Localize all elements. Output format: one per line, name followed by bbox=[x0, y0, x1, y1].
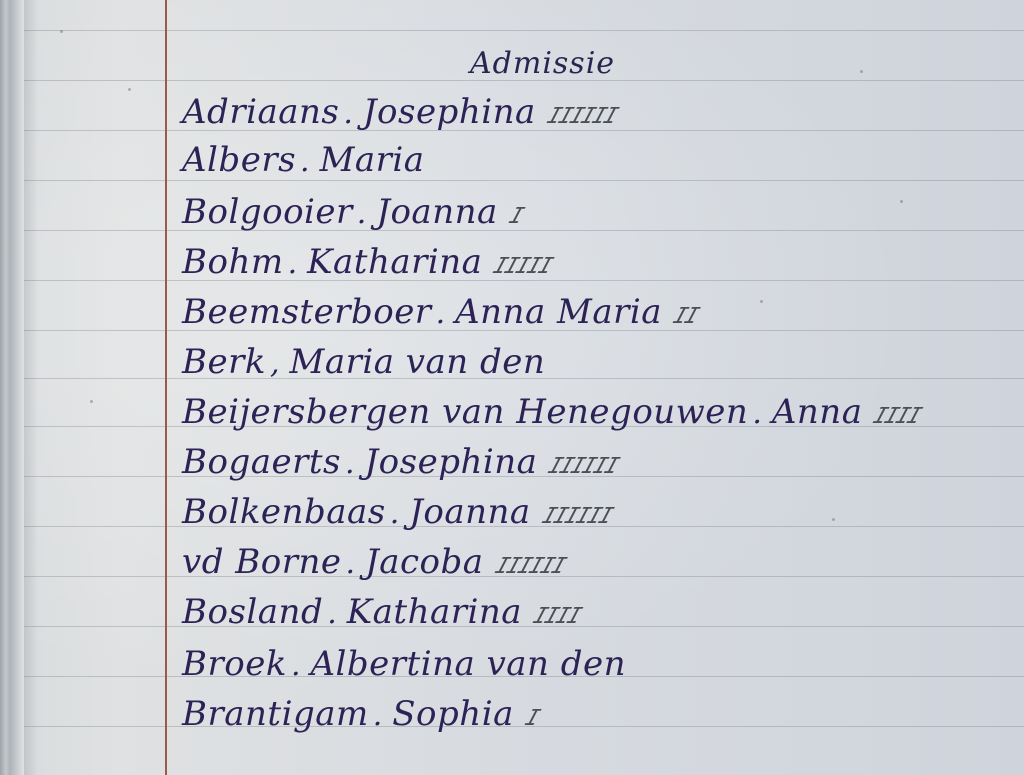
ledger-entry: Beemsterboer. Anna Maria II bbox=[182, 292, 697, 340]
entry-separator: . bbox=[752, 396, 762, 431]
entry-given-name: Katharina bbox=[347, 592, 522, 632]
entry-surname: Berk bbox=[182, 342, 266, 382]
entry-given-name: Josephina bbox=[365, 442, 538, 482]
entry-surname: Adriaans bbox=[182, 92, 339, 132]
entry-separator: . bbox=[291, 648, 301, 683]
entry-tally: IIII bbox=[530, 604, 583, 629]
entry-surname: Bolkenbaas bbox=[182, 492, 386, 532]
entry-separator: . bbox=[345, 446, 355, 481]
ledger-entry: Beijersbergen van Henegouwen. Anna IIII bbox=[182, 392, 919, 440]
entry-surname: Bosland bbox=[182, 592, 323, 632]
paper-speck bbox=[860, 70, 863, 73]
entry-separator: . bbox=[373, 698, 383, 733]
entry-separator: . bbox=[436, 296, 446, 331]
paper-speck bbox=[90, 400, 93, 403]
entry-tally: II bbox=[670, 304, 701, 329]
entry-surname: Bogaerts bbox=[182, 442, 341, 482]
ledger-entry: Bolkenbaas. Joanna IIIIII bbox=[182, 492, 610, 540]
entry-tally: IIIIII bbox=[545, 454, 621, 479]
entry-tally: IIIIII bbox=[539, 504, 615, 529]
entry-surname: Beijersbergen van Henegouwen bbox=[182, 392, 748, 432]
entry-surname: vd Borne bbox=[182, 542, 342, 582]
margin-line bbox=[165, 0, 167, 775]
entry-tally: I bbox=[506, 204, 525, 229]
entry-tally: IIII bbox=[870, 404, 923, 429]
entry-separator: , bbox=[270, 346, 280, 381]
entry-given-name: Katharina bbox=[307, 242, 482, 282]
ledger-entry: Bosland. Katharina IIII bbox=[182, 592, 579, 640]
entry-surname: Beemsterboer bbox=[182, 292, 432, 332]
entry-separator: . bbox=[343, 96, 353, 131]
entry-separator: . bbox=[357, 196, 367, 231]
book-binding bbox=[0, 0, 24, 775]
ruled-line bbox=[24, 180, 1024, 181]
entry-given-name: Joanna bbox=[376, 192, 497, 232]
entry-given-name: Anna bbox=[772, 392, 863, 432]
ledger-entry: Adriaans. Josephina IIIIII bbox=[182, 92, 615, 140]
entry-tally: IIIIII bbox=[544, 104, 620, 129]
entry-separator: . bbox=[327, 596, 337, 631]
entry-given-name: Anna Maria bbox=[455, 292, 662, 332]
paper-speck bbox=[900, 200, 903, 203]
ledger-entry: Bolgooier. Joanna I bbox=[182, 192, 521, 240]
page-heading: Admissie bbox=[470, 46, 615, 81]
entry-tally: I bbox=[522, 706, 541, 731]
entry-separator: . bbox=[288, 246, 298, 281]
paper-speck bbox=[760, 300, 763, 303]
ledger-page: Admissie Adriaans. Josephina IIIIII Albe… bbox=[0, 0, 1024, 775]
entry-given-name: Maria van den bbox=[290, 342, 546, 382]
paper-speck bbox=[832, 518, 835, 521]
entry-surname: Brantigam bbox=[182, 694, 369, 734]
ledger-entry: vd Borne. Jacoba IIIIII bbox=[182, 542, 563, 590]
binding-shadow bbox=[24, 0, 38, 775]
paper-speck bbox=[60, 30, 63, 33]
entry-given-name: Albertina van den bbox=[310, 644, 626, 684]
entry-separator: . bbox=[300, 144, 310, 179]
ledger-entry: Brantigam. Sophia I bbox=[182, 694, 537, 742]
ledger-entry: Broek. Albertina van den bbox=[182, 644, 638, 692]
entry-surname: Broek bbox=[182, 644, 287, 684]
entry-separator: . bbox=[346, 546, 356, 581]
ledger-entry: Berk, Maria van den bbox=[182, 342, 557, 390]
entry-tally: IIIIII bbox=[491, 554, 567, 579]
ruled-line bbox=[24, 230, 1024, 231]
entry-given-name: Josephina bbox=[363, 92, 536, 132]
entry-given-name: Sophia bbox=[392, 694, 514, 734]
entry-given-name: Joanna bbox=[409, 492, 530, 532]
ruled-line bbox=[24, 30, 1024, 31]
entry-given-name: Maria bbox=[320, 140, 425, 180]
entry-surname: Albers bbox=[182, 140, 296, 180]
entry-given-name: Jacoba bbox=[365, 542, 483, 582]
entry-surname: Bohm bbox=[182, 242, 284, 282]
paper-speck bbox=[128, 88, 131, 91]
ledger-entry: Albers. Maria bbox=[182, 140, 437, 188]
entry-surname: Bolgooier bbox=[182, 192, 353, 232]
entry-tally: IIIII bbox=[490, 254, 554, 279]
ledger-entry: Bogaerts. Josephina IIIIII bbox=[182, 442, 617, 490]
ledger-entry: Bohm. Katharina IIIII bbox=[182, 242, 551, 290]
entry-separator: . bbox=[390, 496, 400, 531]
